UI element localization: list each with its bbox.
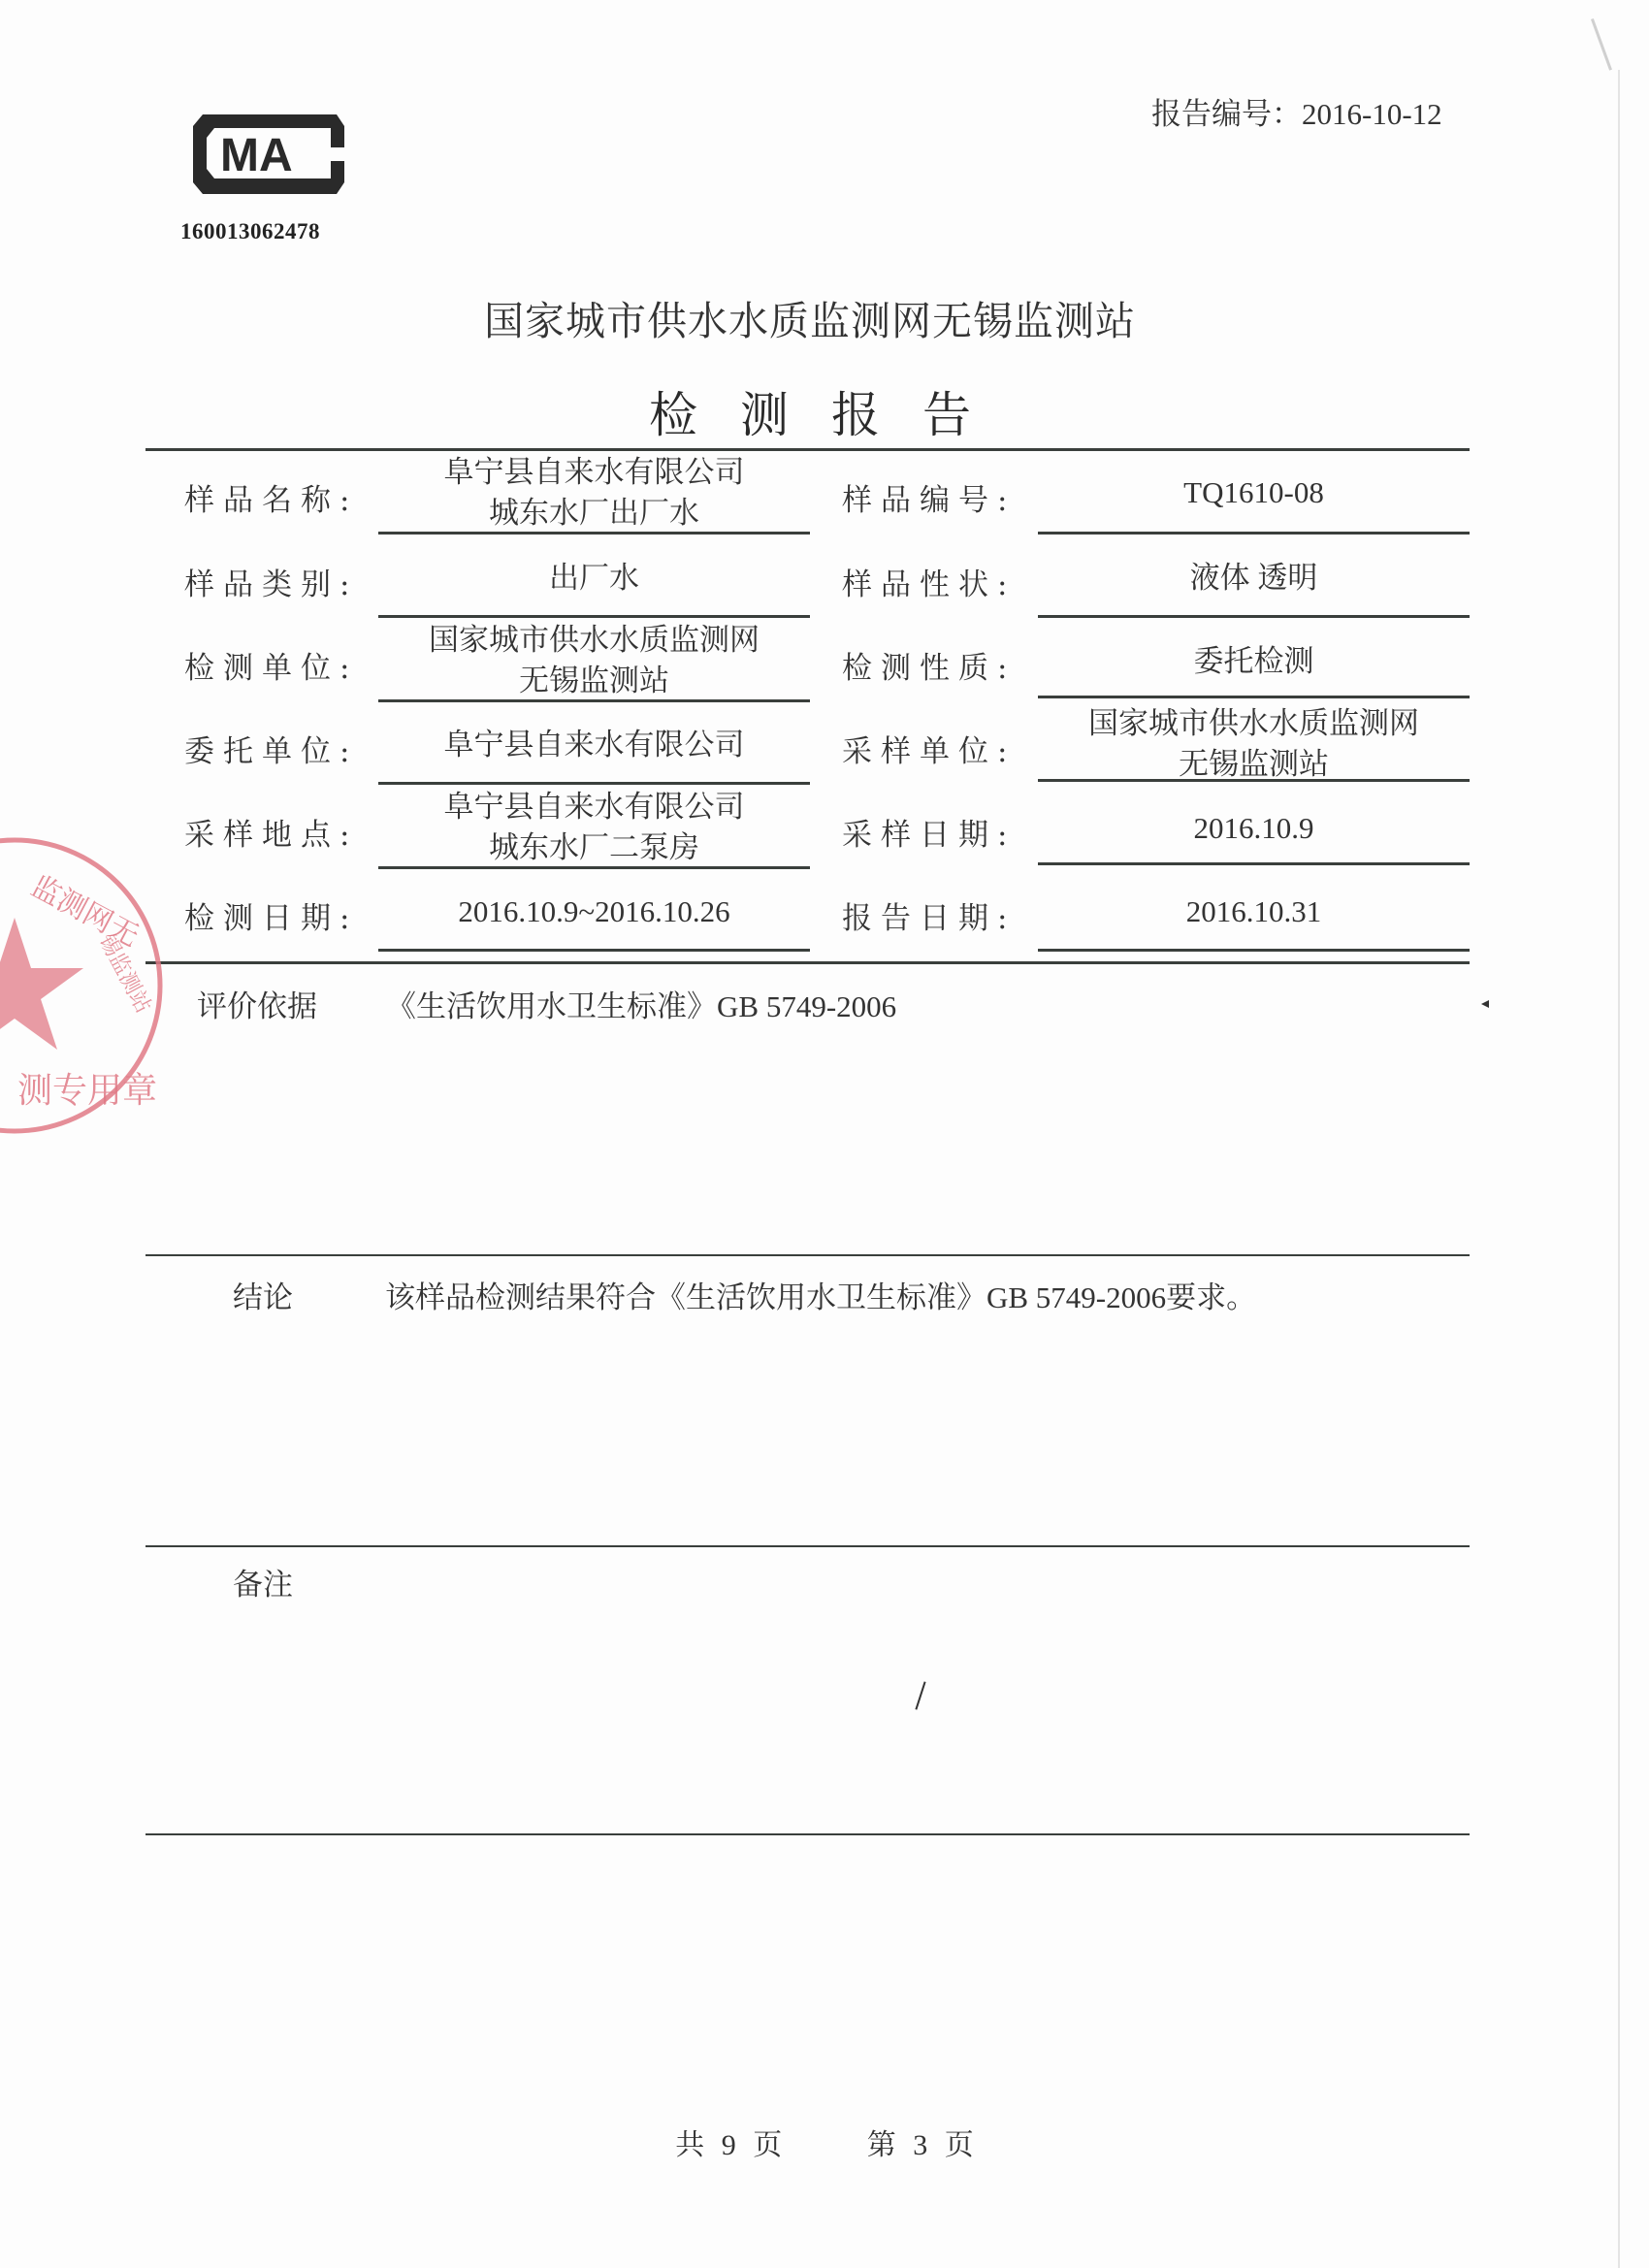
field-value-testing-date: 2016.10.9~2016.10.26 bbox=[378, 891, 810, 932]
certification-number: 160013062478 bbox=[180, 219, 320, 244]
field-label-testing-unit: 检测单位: bbox=[184, 643, 358, 687]
field-underline bbox=[378, 699, 810, 702]
field-underline bbox=[1038, 949, 1470, 952]
svg-text:监测网无: 监测网无 bbox=[25, 869, 144, 954]
current-page: 第 3 页 bbox=[867, 2129, 974, 2161]
field-label-testing-nature: 检测性质: bbox=[842, 643, 1016, 687]
field-underline bbox=[1038, 615, 1470, 618]
value-line: 城东水厂出厂水 bbox=[378, 493, 810, 534]
field-underline bbox=[378, 782, 810, 785]
field-underline bbox=[1038, 696, 1470, 698]
remarks-section-rule bbox=[145, 1545, 1470, 1547]
page-edge-fold bbox=[1591, 18, 1612, 71]
field-label-sampling-location: 采样地点: bbox=[184, 810, 358, 854]
field-value-sampling-date: 2016.10.9 bbox=[1038, 808, 1470, 849]
field-label-sampling-date: 采样日期: bbox=[842, 810, 1016, 854]
field-value-sample-name: 阜宁县自来水有限公司 城东水厂出厂水 bbox=[378, 452, 810, 534]
evaluation-basis-text: 《生活饮用水卫生标准》GB 5749-2006 bbox=[386, 982, 896, 1025]
value-line: 城东水厂二泵房 bbox=[378, 827, 810, 868]
conclusion-section-rule bbox=[145, 1254, 1470, 1256]
value-line: 国家城市供水水质监测网 bbox=[378, 620, 810, 661]
svg-text:测专用章: 测专用章 bbox=[17, 1071, 157, 1111]
field-value-report-date: 2016.10.31 bbox=[1038, 891, 1470, 932]
official-seal-stamp-icon: 监测网无 锡监测站 测专用章 bbox=[0, 832, 184, 1139]
value-line: 无锡监测站 bbox=[378, 661, 810, 701]
document-title-char: 测 bbox=[740, 387, 789, 443]
field-value-testing-unit: 国家城市供水水质监测网 无锡监测站 bbox=[378, 620, 810, 701]
field-value-client-unit: 阜宁县自来水有限公司 bbox=[378, 725, 810, 765]
total-pages: 共 9 页 bbox=[675, 2129, 782, 2161]
field-underline bbox=[1038, 779, 1470, 782]
scan-speck bbox=[1481, 1000, 1489, 1008]
field-value-sample-category: 出厂水 bbox=[378, 558, 810, 599]
document-title-char: 报 bbox=[831, 387, 880, 443]
field-label-client-unit: 委托单位: bbox=[184, 727, 358, 770]
field-underline bbox=[1038, 532, 1470, 535]
field-value-sampling-location: 阜宁县自来水有限公司 城东水厂二泵房 bbox=[378, 787, 810, 868]
document-title-char: 检 bbox=[649, 387, 697, 443]
value-line: 阜宁县自来水有限公司 bbox=[378, 452, 810, 493]
field-value-sampling-unit: 国家城市供水水质监测网 无锡监测站 bbox=[1038, 703, 1470, 785]
table-top-rule bbox=[145, 448, 1470, 451]
field-underline bbox=[1038, 862, 1470, 865]
page-footer: 共 9 页 第 3 页 bbox=[0, 2121, 1649, 2163]
field-label-report-date: 报告日期: bbox=[842, 893, 1016, 937]
field-label-testing-date: 检测日期: bbox=[184, 893, 358, 937]
field-label-sample-name: 样品名称: bbox=[184, 475, 358, 519]
cma-certification-logo-icon: MA bbox=[189, 107, 356, 200]
field-value-testing-nature: 委托检测 bbox=[1038, 641, 1470, 682]
value-line: 阜宁县自来水有限公司 bbox=[378, 787, 810, 827]
report-number: 报告编号：2016-10-12 bbox=[1151, 89, 1442, 133]
field-value-sample-number: TQ1610-08 bbox=[1038, 472, 1470, 513]
field-label-sample-state: 样品性状: bbox=[842, 560, 1016, 603]
svg-text:MA: MA bbox=[220, 130, 293, 181]
field-label-sampling-unit: 采样单位: bbox=[842, 727, 1016, 770]
report-number-value: 2016-10-12 bbox=[1302, 97, 1442, 131]
field-underline bbox=[378, 615, 810, 618]
document-title-char: 告 bbox=[922, 387, 971, 443]
value-line: 国家城市供水水质监测网 bbox=[1038, 703, 1470, 744]
document-title: 检测报告 bbox=[0, 376, 1620, 446]
field-underline bbox=[378, 532, 810, 535]
document-end-rule bbox=[145, 1833, 1470, 1835]
field-label-sample-number: 样品编号: bbox=[842, 475, 1016, 519]
evaluation-basis-label: 评价依据 bbox=[197, 982, 317, 1025]
conclusion-text: 该样品检测结果符合《生活饮用水卫生标准》GB 5749-2006要求。 bbox=[385, 1273, 1256, 1316]
remarks-label: 备注 bbox=[233, 1560, 293, 1604]
report-number-label: 报告编号： bbox=[1151, 97, 1302, 131]
field-value-sample-state: 液体 透明 bbox=[1038, 558, 1470, 599]
field-label-sample-category: 样品类别: bbox=[184, 560, 358, 603]
field-underline bbox=[378, 866, 810, 869]
organization-title: 国家城市供水水质监测网无锡监测站 bbox=[0, 289, 1620, 346]
remarks-empty-slash bbox=[915, 1681, 925, 1709]
field-underline bbox=[378, 949, 810, 952]
table-bottom-rule bbox=[145, 961, 1470, 964]
conclusion-label: 结论 bbox=[233, 1273, 293, 1316]
